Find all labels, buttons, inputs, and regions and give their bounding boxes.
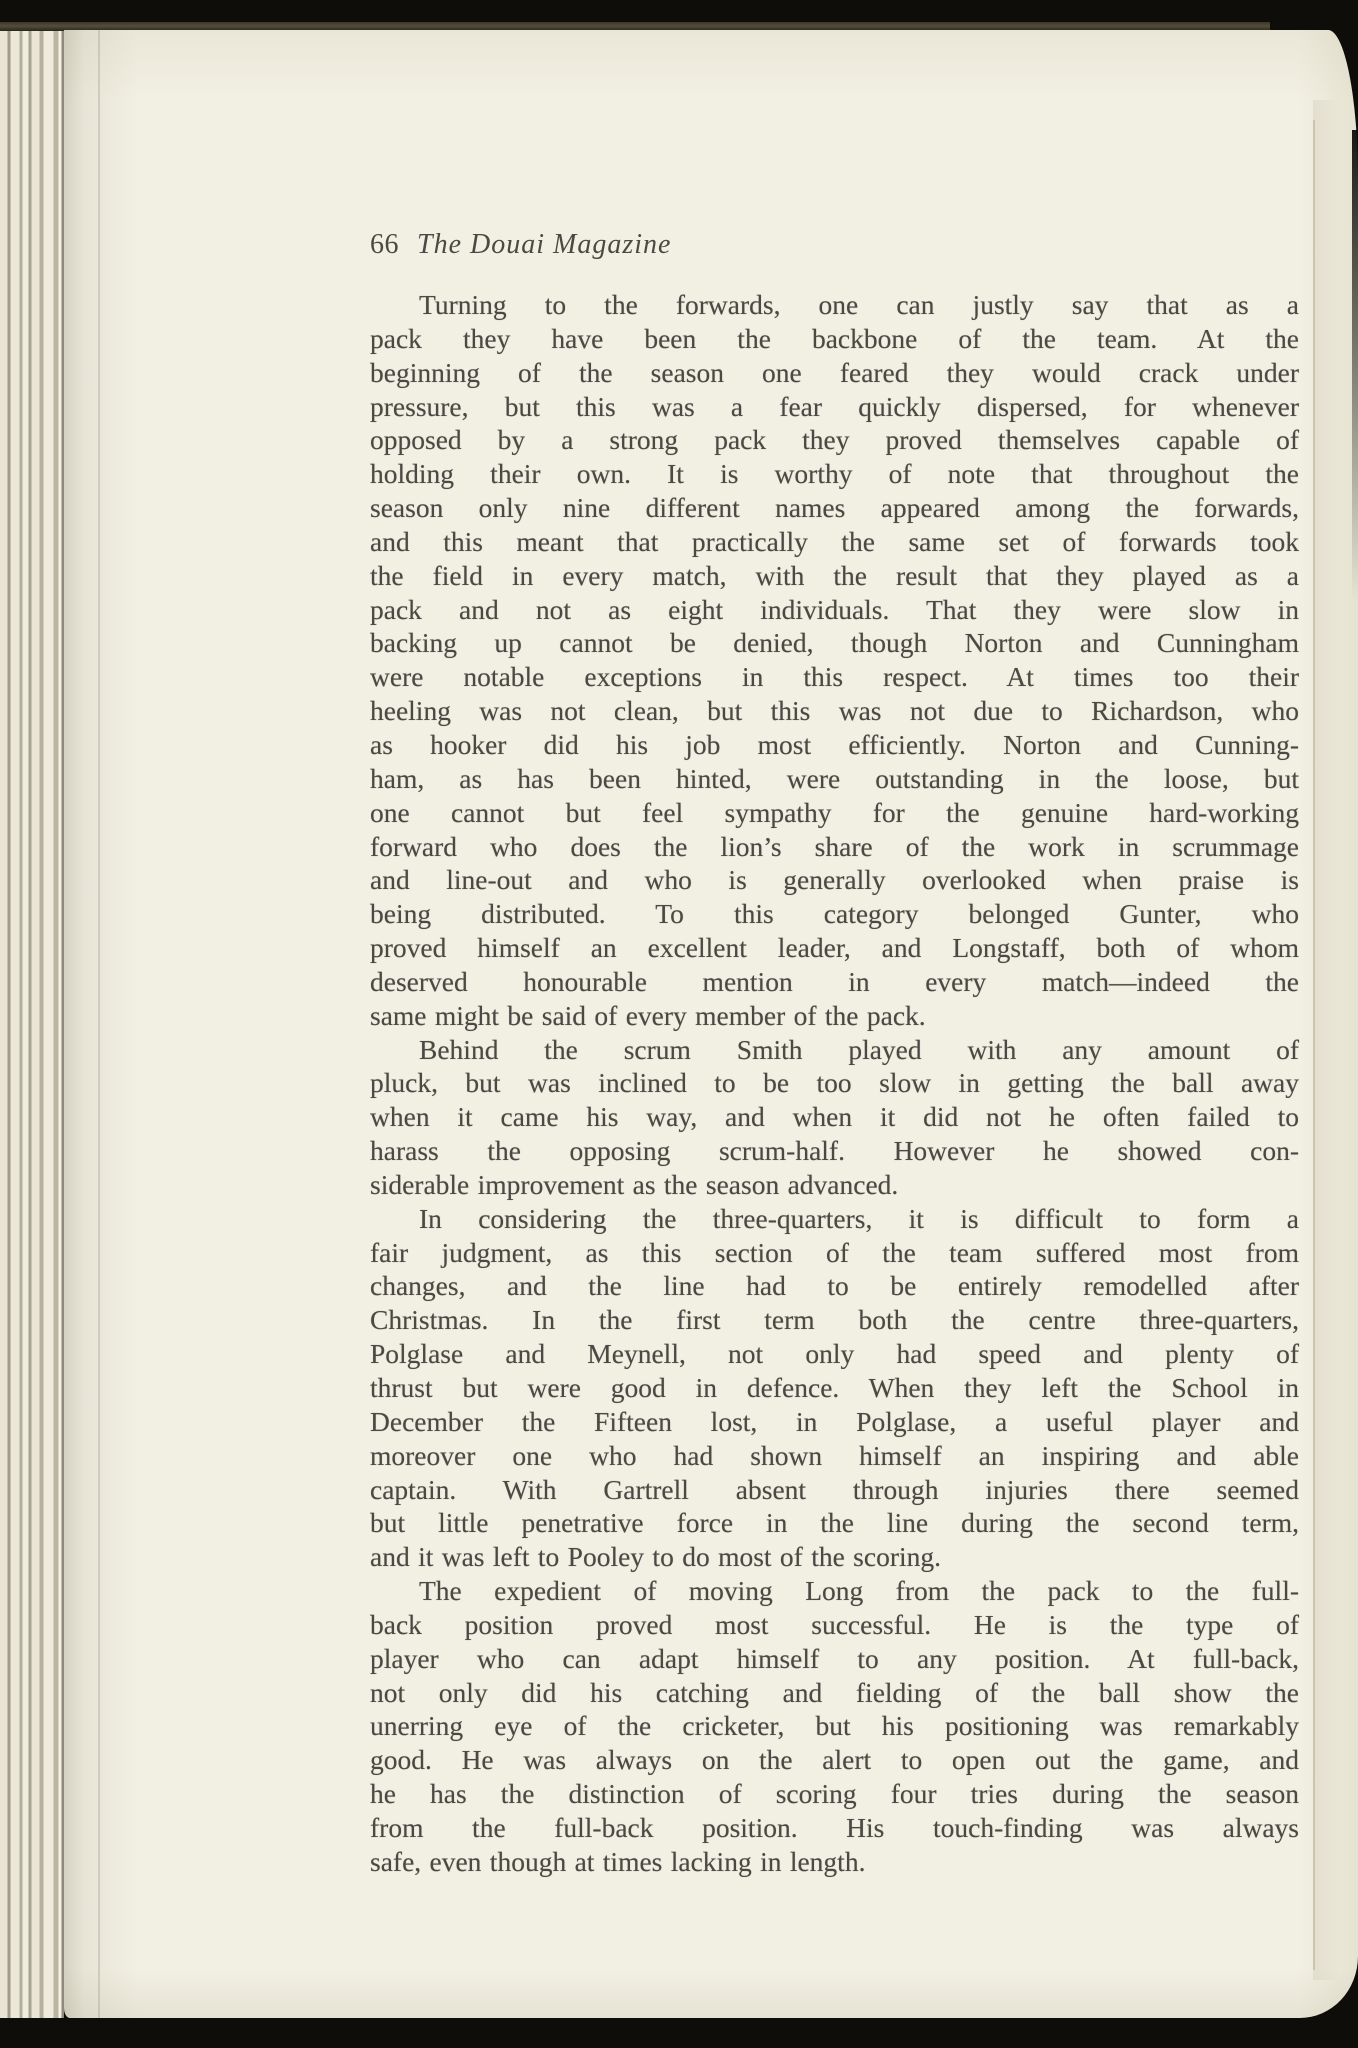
text-line: good. He was always on the alert to open… [370, 1743, 1299, 1777]
text-line: the field in every match, with the resul… [370, 559, 1299, 593]
text-line: Turning to the forwards, one can justly … [370, 288, 1299, 322]
paragraph: Turning to the forwards, one can justly … [370, 288, 1299, 1033]
text-line: ham, as has been hinted, were outstandin… [370, 762, 1299, 796]
text-line: safe, even though at times lacking in le… [370, 1845, 1299, 1879]
text-line: Christmas. In the first term both the ce… [370, 1303, 1299, 1337]
text-line: pack and not as eight individuals. That … [370, 593, 1299, 627]
text-line: season only nine different names appeare… [370, 491, 1299, 525]
text-line: harass the opposing scrum-half. However … [370, 1134, 1299, 1168]
book-page: 66The Douai Magazine Turning to the forw… [64, 30, 1358, 2018]
text-line: beginning of the season one feared they … [370, 356, 1299, 390]
page-edge-stack [0, 31, 64, 2018]
page-edge-shadow [1352, 130, 1358, 600]
page-number: 66 [370, 229, 399, 260]
text-line: unerring eye of the cricketer, but his p… [370, 1709, 1299, 1743]
scanned-book-photo: 66The Douai Magazine Turning to the forw… [0, 0, 1358, 2048]
paragraph: Behind the scrum Smith played with any a… [370, 1033, 1299, 1202]
text-line: December the Fifteen lost, in Polglase, … [370, 1405, 1299, 1439]
paragraph: In considering the three-quarters, it is… [370, 1202, 1299, 1574]
text-line: captain. With Gartrell absent through in… [370, 1473, 1299, 1507]
text-line: Behind the scrum Smith played with any a… [370, 1033, 1299, 1067]
text-line: deserved honourable mention in every mat… [370, 965, 1299, 999]
text-line: he has the distinction of scoring four t… [370, 1777, 1299, 1811]
text-line: backing up cannot be denied, though Nort… [370, 626, 1299, 660]
text-line: but little penetrative force in the line… [370, 1506, 1299, 1540]
text-line: from the full-back position. His touch-f… [370, 1811, 1299, 1845]
text-line: and line-out and who is generally overlo… [370, 863, 1299, 897]
text-line: and this meant that practically the same… [370, 525, 1299, 559]
text-line: not only did his catching and fielding o… [370, 1676, 1299, 1710]
text-line: and it was left to Pooley to do most of … [370, 1540, 1299, 1574]
text-line: holding their own. It is worthy of note … [370, 457, 1299, 491]
text-line: were notable exceptions in this respect.… [370, 660, 1299, 694]
text-line: player who can adapt himself to any posi… [370, 1642, 1299, 1676]
text-line: thrust but were good in defence. When th… [370, 1371, 1299, 1405]
text-line: Polglase and Meynell, not only had speed… [370, 1337, 1299, 1371]
text-line: being distributed. To this category belo… [370, 897, 1299, 931]
text-line: opposed by a strong pack they proved the… [370, 423, 1299, 457]
body-text: Turning to the forwards, one can justly … [370, 288, 1299, 1879]
text-line: The expedient of moving Long from the pa… [370, 1574, 1299, 1608]
text-line: when it came his way, and when it did no… [370, 1100, 1299, 1134]
paragraph: The expedient of moving Long from the pa… [370, 1574, 1299, 1879]
text-line: pluck, but was inclined to be too slow i… [370, 1066, 1299, 1100]
text-line: as hooker did his job most efficiently. … [370, 728, 1299, 762]
text-line: fair judgment, as this section of the te… [370, 1236, 1299, 1270]
text-line: same might be said of every member of th… [370, 999, 1299, 1033]
text-line: changes, and the line had to be entirely… [370, 1269, 1299, 1303]
magazine-title: The Douai Magazine [417, 229, 671, 260]
text-line: pressure, but this was a fear quickly di… [370, 390, 1299, 424]
text-line: moreover one who had shown himself an in… [370, 1439, 1299, 1473]
text-line: proved himself an excellent leader, and … [370, 931, 1299, 965]
text-line: heeling was not clean, but this was not … [370, 694, 1299, 728]
text-line: In considering the three-quarters, it is… [370, 1202, 1299, 1236]
text-line: siderable improvement as the season adva… [370, 1168, 1299, 1202]
fore-edge-crease-line [1313, 120, 1315, 1970]
text-line: forward who does the lion’s share of the… [370, 830, 1299, 864]
text-line: pack they have been the backbone of the … [370, 322, 1299, 356]
text-line: one cannot but feel sympathy for the gen… [370, 796, 1299, 830]
gutter-crease-line [98, 30, 100, 2018]
running-header: 66The Douai Magazine [370, 229, 671, 261]
text-line: back position proved most successful. He… [370, 1608, 1299, 1642]
